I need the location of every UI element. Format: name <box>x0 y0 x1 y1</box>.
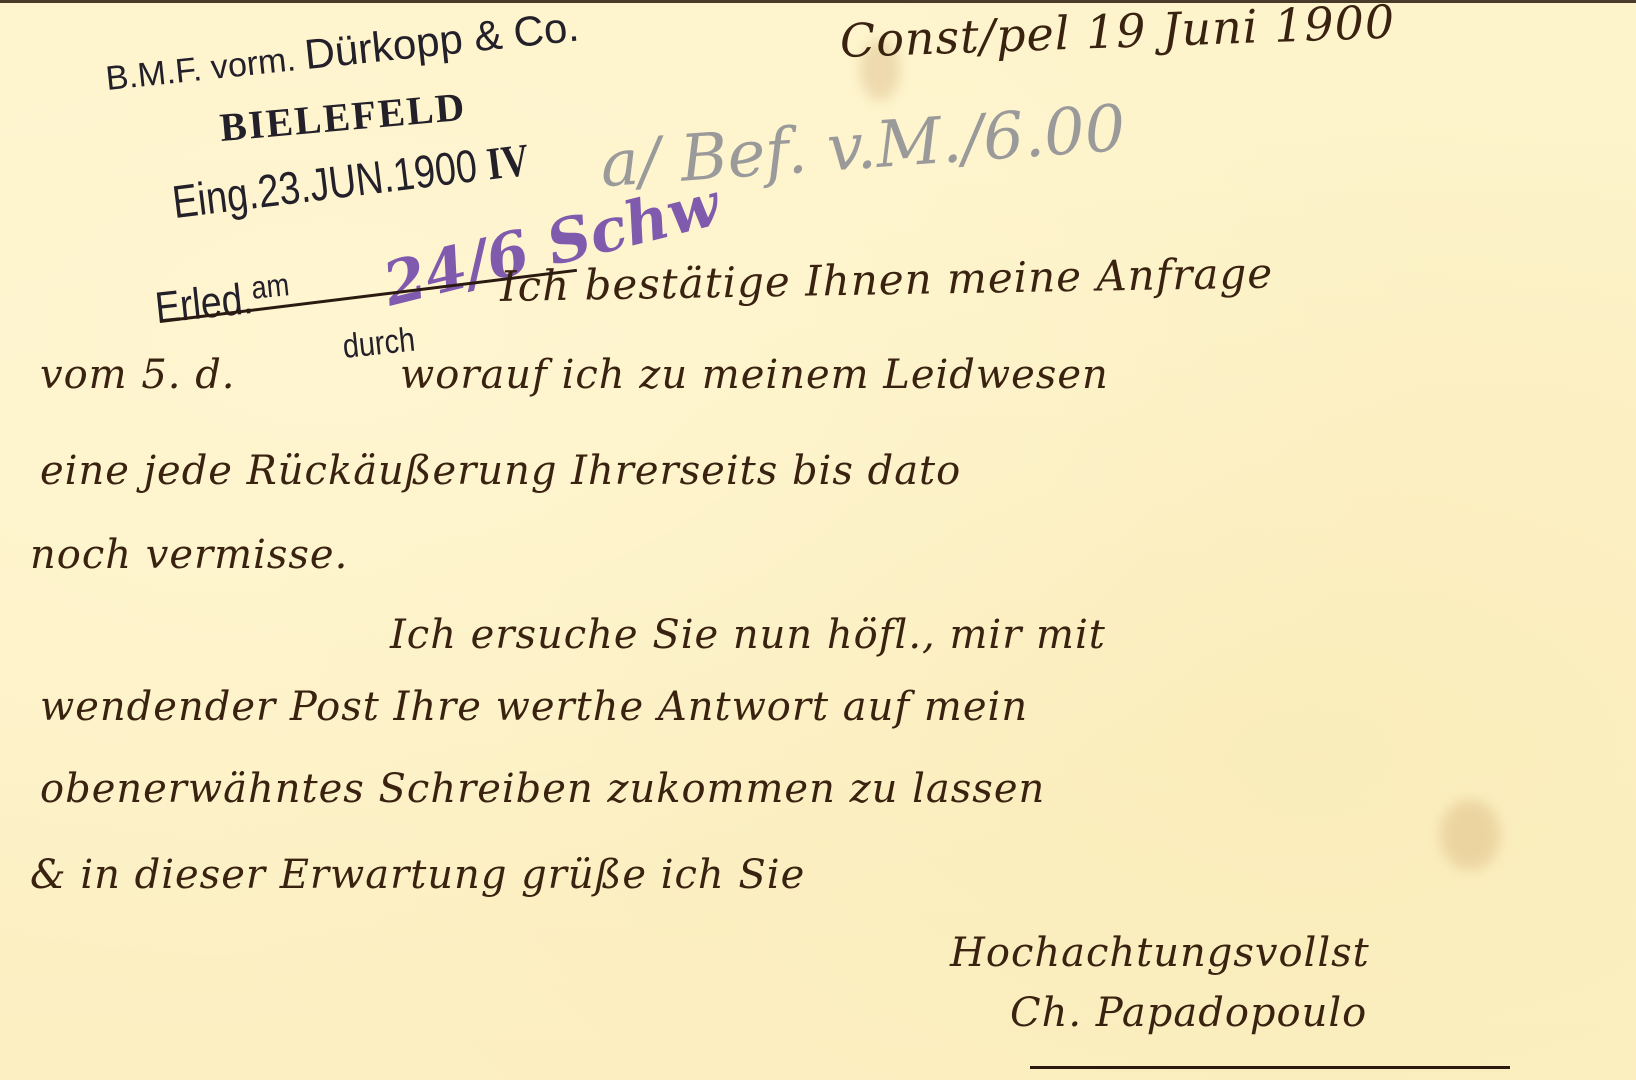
letter-line: Ich ersuche Sie nun höfl., mir mit <box>390 612 1106 658</box>
stamp-received-date: 23.JUN.1900 <box>255 139 480 217</box>
letter-line: vom 5. d. <box>40 352 236 398</box>
stamp-received-label: Eing. <box>170 166 262 228</box>
stamp-company-line: B.M.F. vorm. Dürkopp & Co. <box>103 3 581 100</box>
stamp-settled-am: am <box>250 266 291 306</box>
postcard: B.M.F. vorm. Dürkopp & Co. BIELEFELD Ein… <box>0 0 1636 1080</box>
letter-signature: Ch. Papadopoulo <box>1010 990 1367 1036</box>
letter-line: eine jede Rückäußerung Ihrerseits bis da… <box>40 448 961 494</box>
stamp-city: BIELEFELD <box>218 83 468 151</box>
stamp-company-name: Dürkopp & Co. <box>302 3 581 79</box>
letter-line: & in dieser Erwartung grüße ich Sie <box>30 852 805 898</box>
letter-line: obenerwähntes Schreiben zukommen zu lass… <box>40 766 1045 812</box>
letter-line: wendender Post Ihre werthe Antwort auf m… <box>40 684 1028 730</box>
stamp-settled-line: Erled.am <box>152 266 292 334</box>
letter-line: worauf ich zu meinem Leidwesen <box>400 352 1109 398</box>
stamp-settled-label: Erled. <box>153 274 255 333</box>
letter-closing: Hochachtungsvollst <box>950 930 1370 976</box>
letter-line: noch vermisse. <box>30 532 348 578</box>
stamp-company-prefix: B.M.F. vorm. <box>104 40 298 98</box>
signature-underline <box>1030 1066 1510 1069</box>
place-date: Const/pel 19 Juni 1900 <box>839 0 1396 68</box>
stamp-received-suffix: IV <box>484 134 532 190</box>
ink-smudge <box>1440 800 1500 870</box>
